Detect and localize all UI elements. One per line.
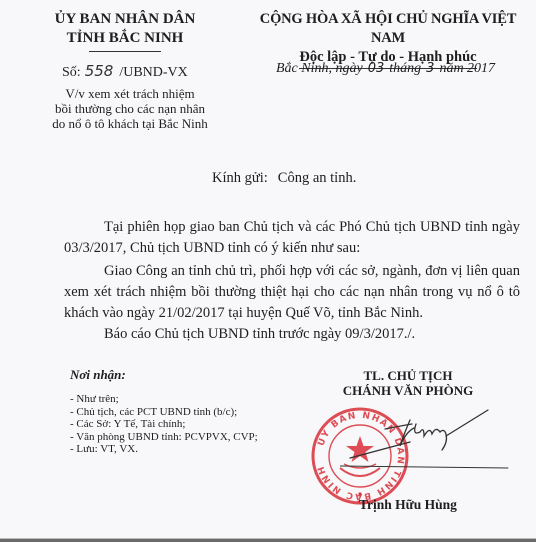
distribution-item: - Lưu: VT, VX. [70, 443, 258, 456]
distribution-item: - Chủ tịch, các PCT UBND tỉnh (b/c); [70, 406, 258, 419]
distribution-title: Nơi nhận: [70, 367, 258, 383]
nation-title: CỘNG HÒA XÃ HỘI CHỦ NGHĨA VIỆT NAM [248, 10, 528, 48]
subject-line: do nổ ô tô khách tại Bắc Ninh [40, 116, 220, 131]
distribution-item: - Văn phòng UBND tỉnh: PCVPVX, CVP; [70, 431, 258, 444]
body-paragraph: Tại phiên họp giao ban Chủ tịch và các P… [64, 217, 520, 259]
date-place: Bắc Ninh, ngày [276, 61, 363, 76]
subject-line: V/v xem xét trách nhiệm [40, 86, 220, 101]
signature-icon [340, 402, 510, 472]
distribution-list: Nơi nhận: - Như trên; - Chủ tịch, các PC… [70, 367, 258, 456]
doc-number-value: 558 [85, 62, 114, 80]
date-month: 3 [426, 61, 434, 76]
page-edge [0, 538, 536, 542]
subject-line: bồi thường cho các nạn nhân [40, 101, 220, 116]
signer-title-1: TL. CHỦ TỊCH [318, 368, 498, 383]
document-number: Số:558/UBND-VX [62, 62, 188, 82]
addressee-label: Kính gửi: [212, 170, 268, 186]
body-paragraph: Giao Công an tỉnh chủ trì, phối hợp với … [64, 261, 520, 324]
body-paragraph: Báo cáo Chủ tịch UBND tỉnh trước ngày 09… [64, 324, 520, 345]
date-month-label: tháng [389, 61, 421, 76]
document-subject: V/v xem xét trách nhiệm bồi thường cho c… [40, 86, 220, 131]
date-day: 03 [368, 61, 385, 76]
issuing-authority: ỦY BAN NHÂN DÂN TỈNH BẮC NINH [40, 10, 210, 52]
authority-province: TỈNH BẮC NINH [40, 29, 210, 48]
divider [89, 51, 161, 52]
doc-number-label: Số: [62, 65, 81, 80]
distribution-item: - Các Sở: Y Tế, Tài chính; [70, 418, 258, 431]
distribution-item: - Như trên; [70, 393, 258, 406]
authority-name: ỦY BAN NHÂN DÂN [40, 10, 210, 29]
signer-title-2: CHÁNH VĂN PHÒNG [318, 383, 498, 398]
signer-name: Trịnh Hữu Hùng [318, 497, 498, 513]
addressee-value: Công an tỉnh. [278, 170, 357, 186]
addressee: Kính gửi:Công an tỉnh. [212, 169, 356, 187]
signer-block: TL. CHỦ TỊCH CHÁNH VĂN PHÒNG [318, 368, 498, 398]
doc-number-suffix: /UBND-VX [119, 65, 187, 80]
date-line: Bắc Ninh, ngày03tháng3năm 2017 [276, 60, 495, 78]
date-year: năm 2017 [439, 61, 495, 76]
